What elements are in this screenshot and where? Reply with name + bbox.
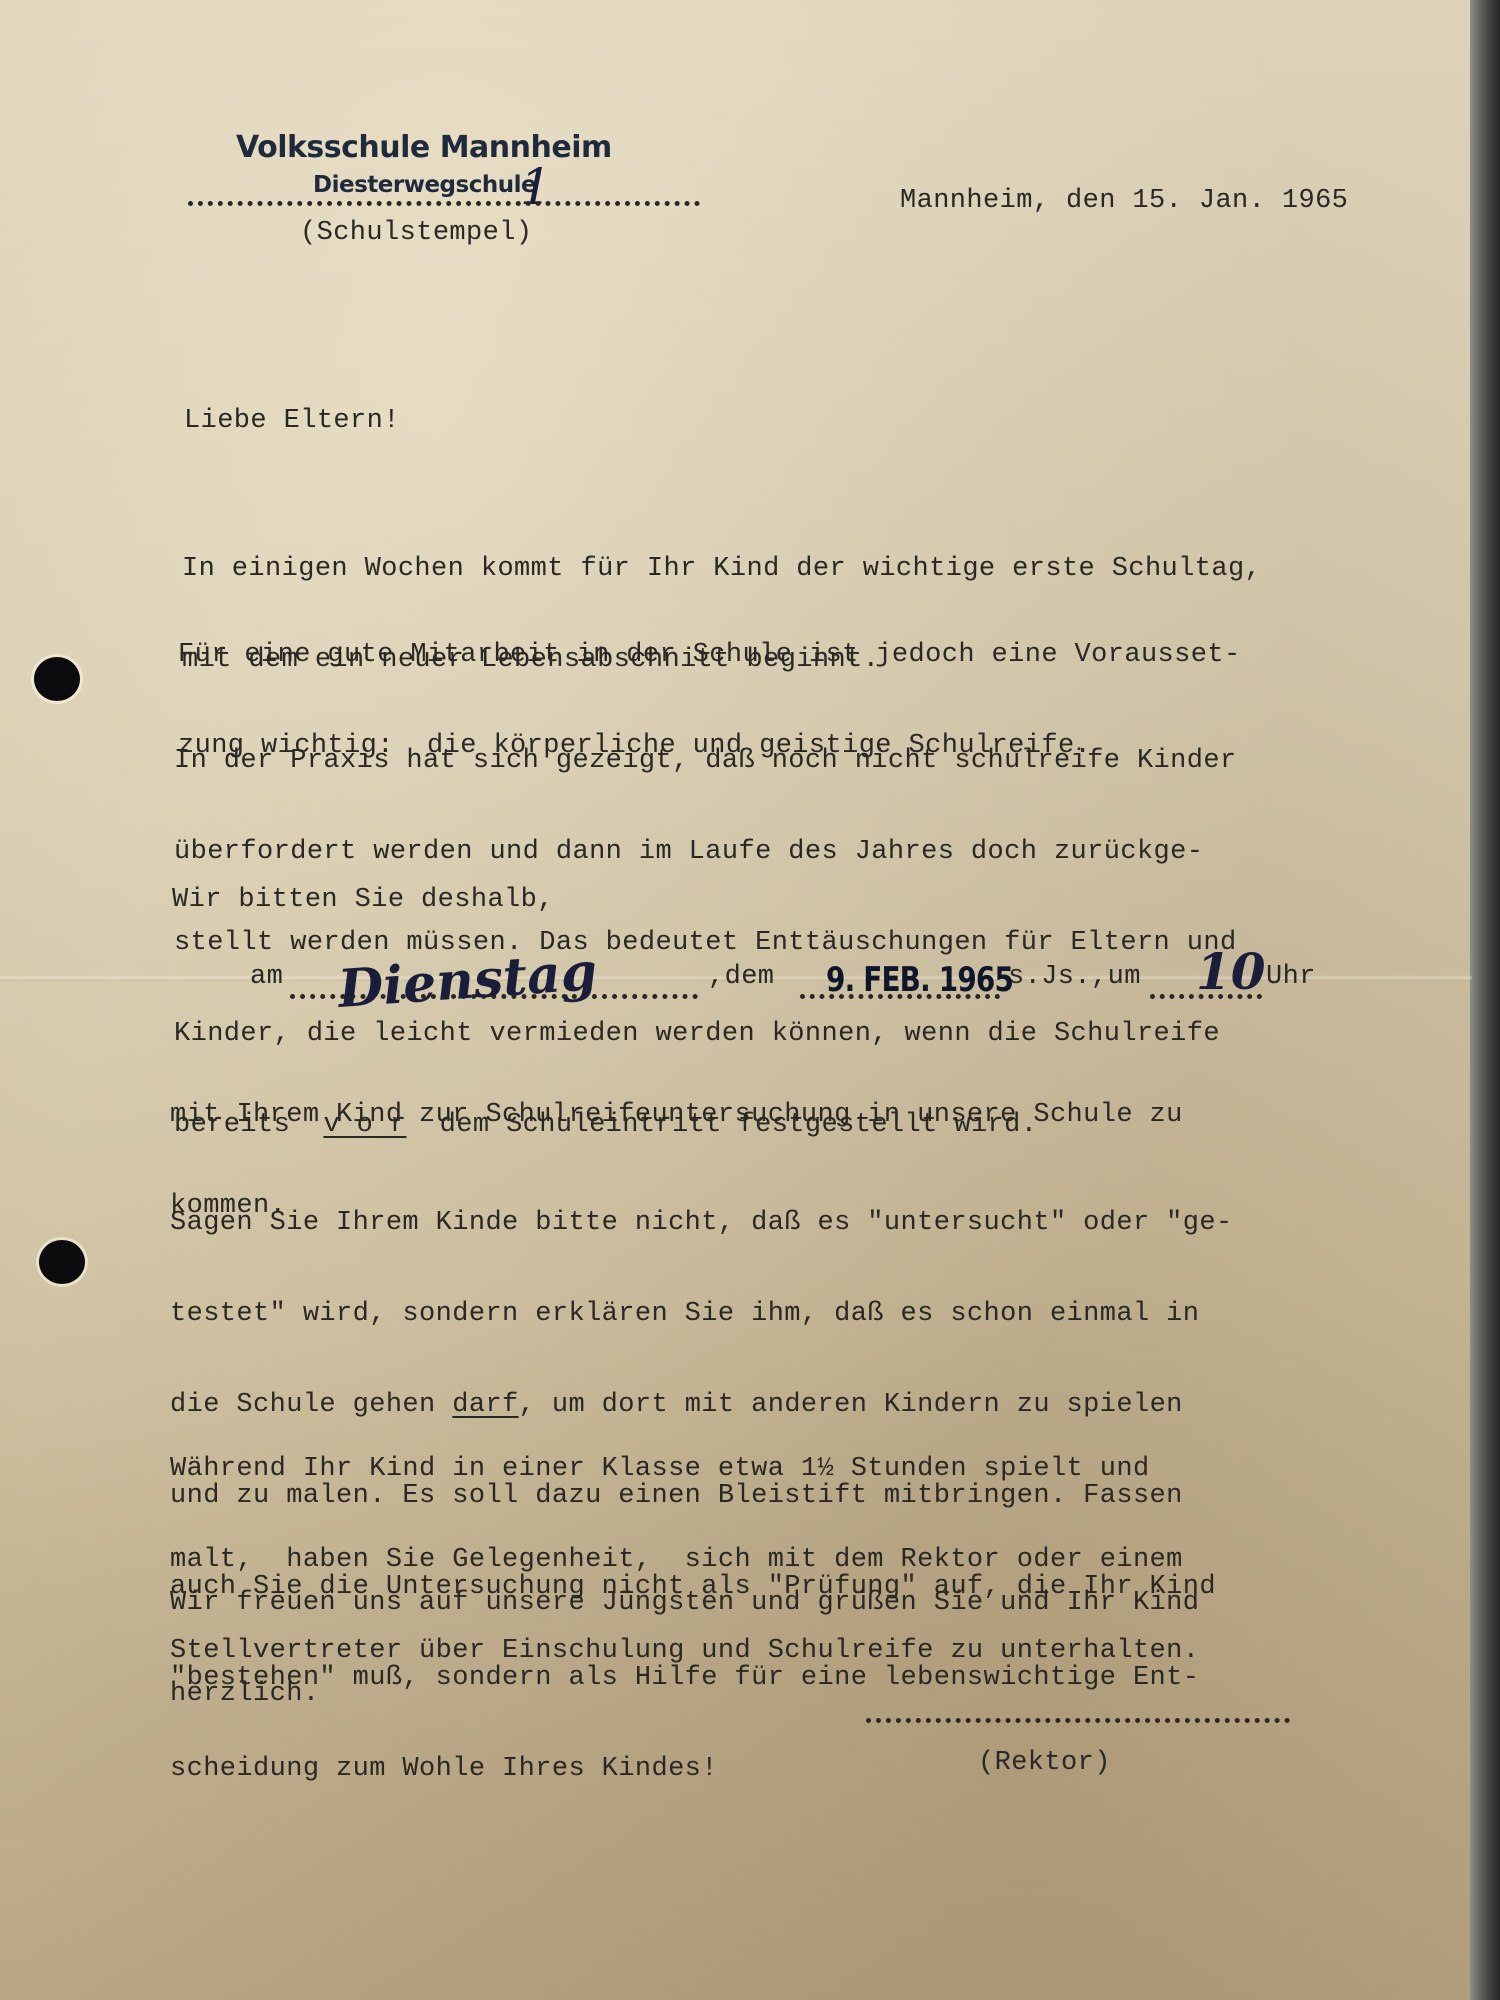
place-and-date: Mannheim, den 15. Jan. 1965 bbox=[900, 186, 1348, 216]
text-line: stellt werden müssen. Das bedeutet Enttä… bbox=[174, 928, 1237, 959]
label-dem: ,dem bbox=[708, 962, 774, 992]
signature-dotted-line bbox=[866, 1718, 1290, 1723]
background-edge bbox=[1470, 0, 1500, 2000]
text-line: herzlich. bbox=[170, 1679, 1199, 1710]
stamp-dotted-line bbox=[188, 201, 700, 206]
label-uhr: Uhr bbox=[1266, 962, 1316, 992]
text-line: Wir freuen uns auf unsere Jüngsten und g… bbox=[170, 1588, 1199, 1619]
text-line: Sagen Sie Ihrem Kinde bitte nicht, daß e… bbox=[170, 1208, 1233, 1239]
school-stamp-subname: Diesterwegschule bbox=[313, 172, 536, 198]
text-line: Während Ihr Kind in einer Klasse etwa 1½… bbox=[170, 1454, 1199, 1485]
stamp-handwritten-number: 1 bbox=[520, 158, 552, 216]
label-am: am bbox=[250, 962, 283, 992]
school-stamp-name: Volksschule Mannheim bbox=[236, 130, 612, 165]
text-line: mit Ihrem Kind zur Schulreifeuntersuchun… bbox=[170, 1100, 1183, 1131]
label-year: s.Js.,um bbox=[1008, 962, 1141, 992]
text-line: Für eine gute Mitarbeit in der Schule is… bbox=[178, 640, 1241, 671]
paragraph-closing: Wir freuen uns auf unsere Jüngsten und g… bbox=[170, 1528, 1199, 1740]
punch-hole-bottom bbox=[39, 1240, 85, 1284]
stamp-caption: (Schulstempel) bbox=[300, 218, 532, 248]
text-line: testet" wird, sondern erklären Sie ihm, … bbox=[170, 1299, 1233, 1330]
text-line: In der Praxis hat sich gezeigt, daß noch… bbox=[174, 746, 1237, 777]
request-intro: Wir bitten Sie deshalb, bbox=[172, 885, 554, 915]
salutation: Liebe Eltern! bbox=[184, 406, 400, 436]
signature-caption: (Rektor) bbox=[978, 1748, 1111, 1778]
date-stamp: 9. FEB. 1965 bbox=[826, 960, 1013, 1000]
text-line: überfordert werden und dann im Laufe des… bbox=[174, 837, 1237, 868]
punch-hole-top bbox=[34, 657, 80, 701]
hour-field-handwritten: 10 bbox=[1196, 942, 1266, 1001]
